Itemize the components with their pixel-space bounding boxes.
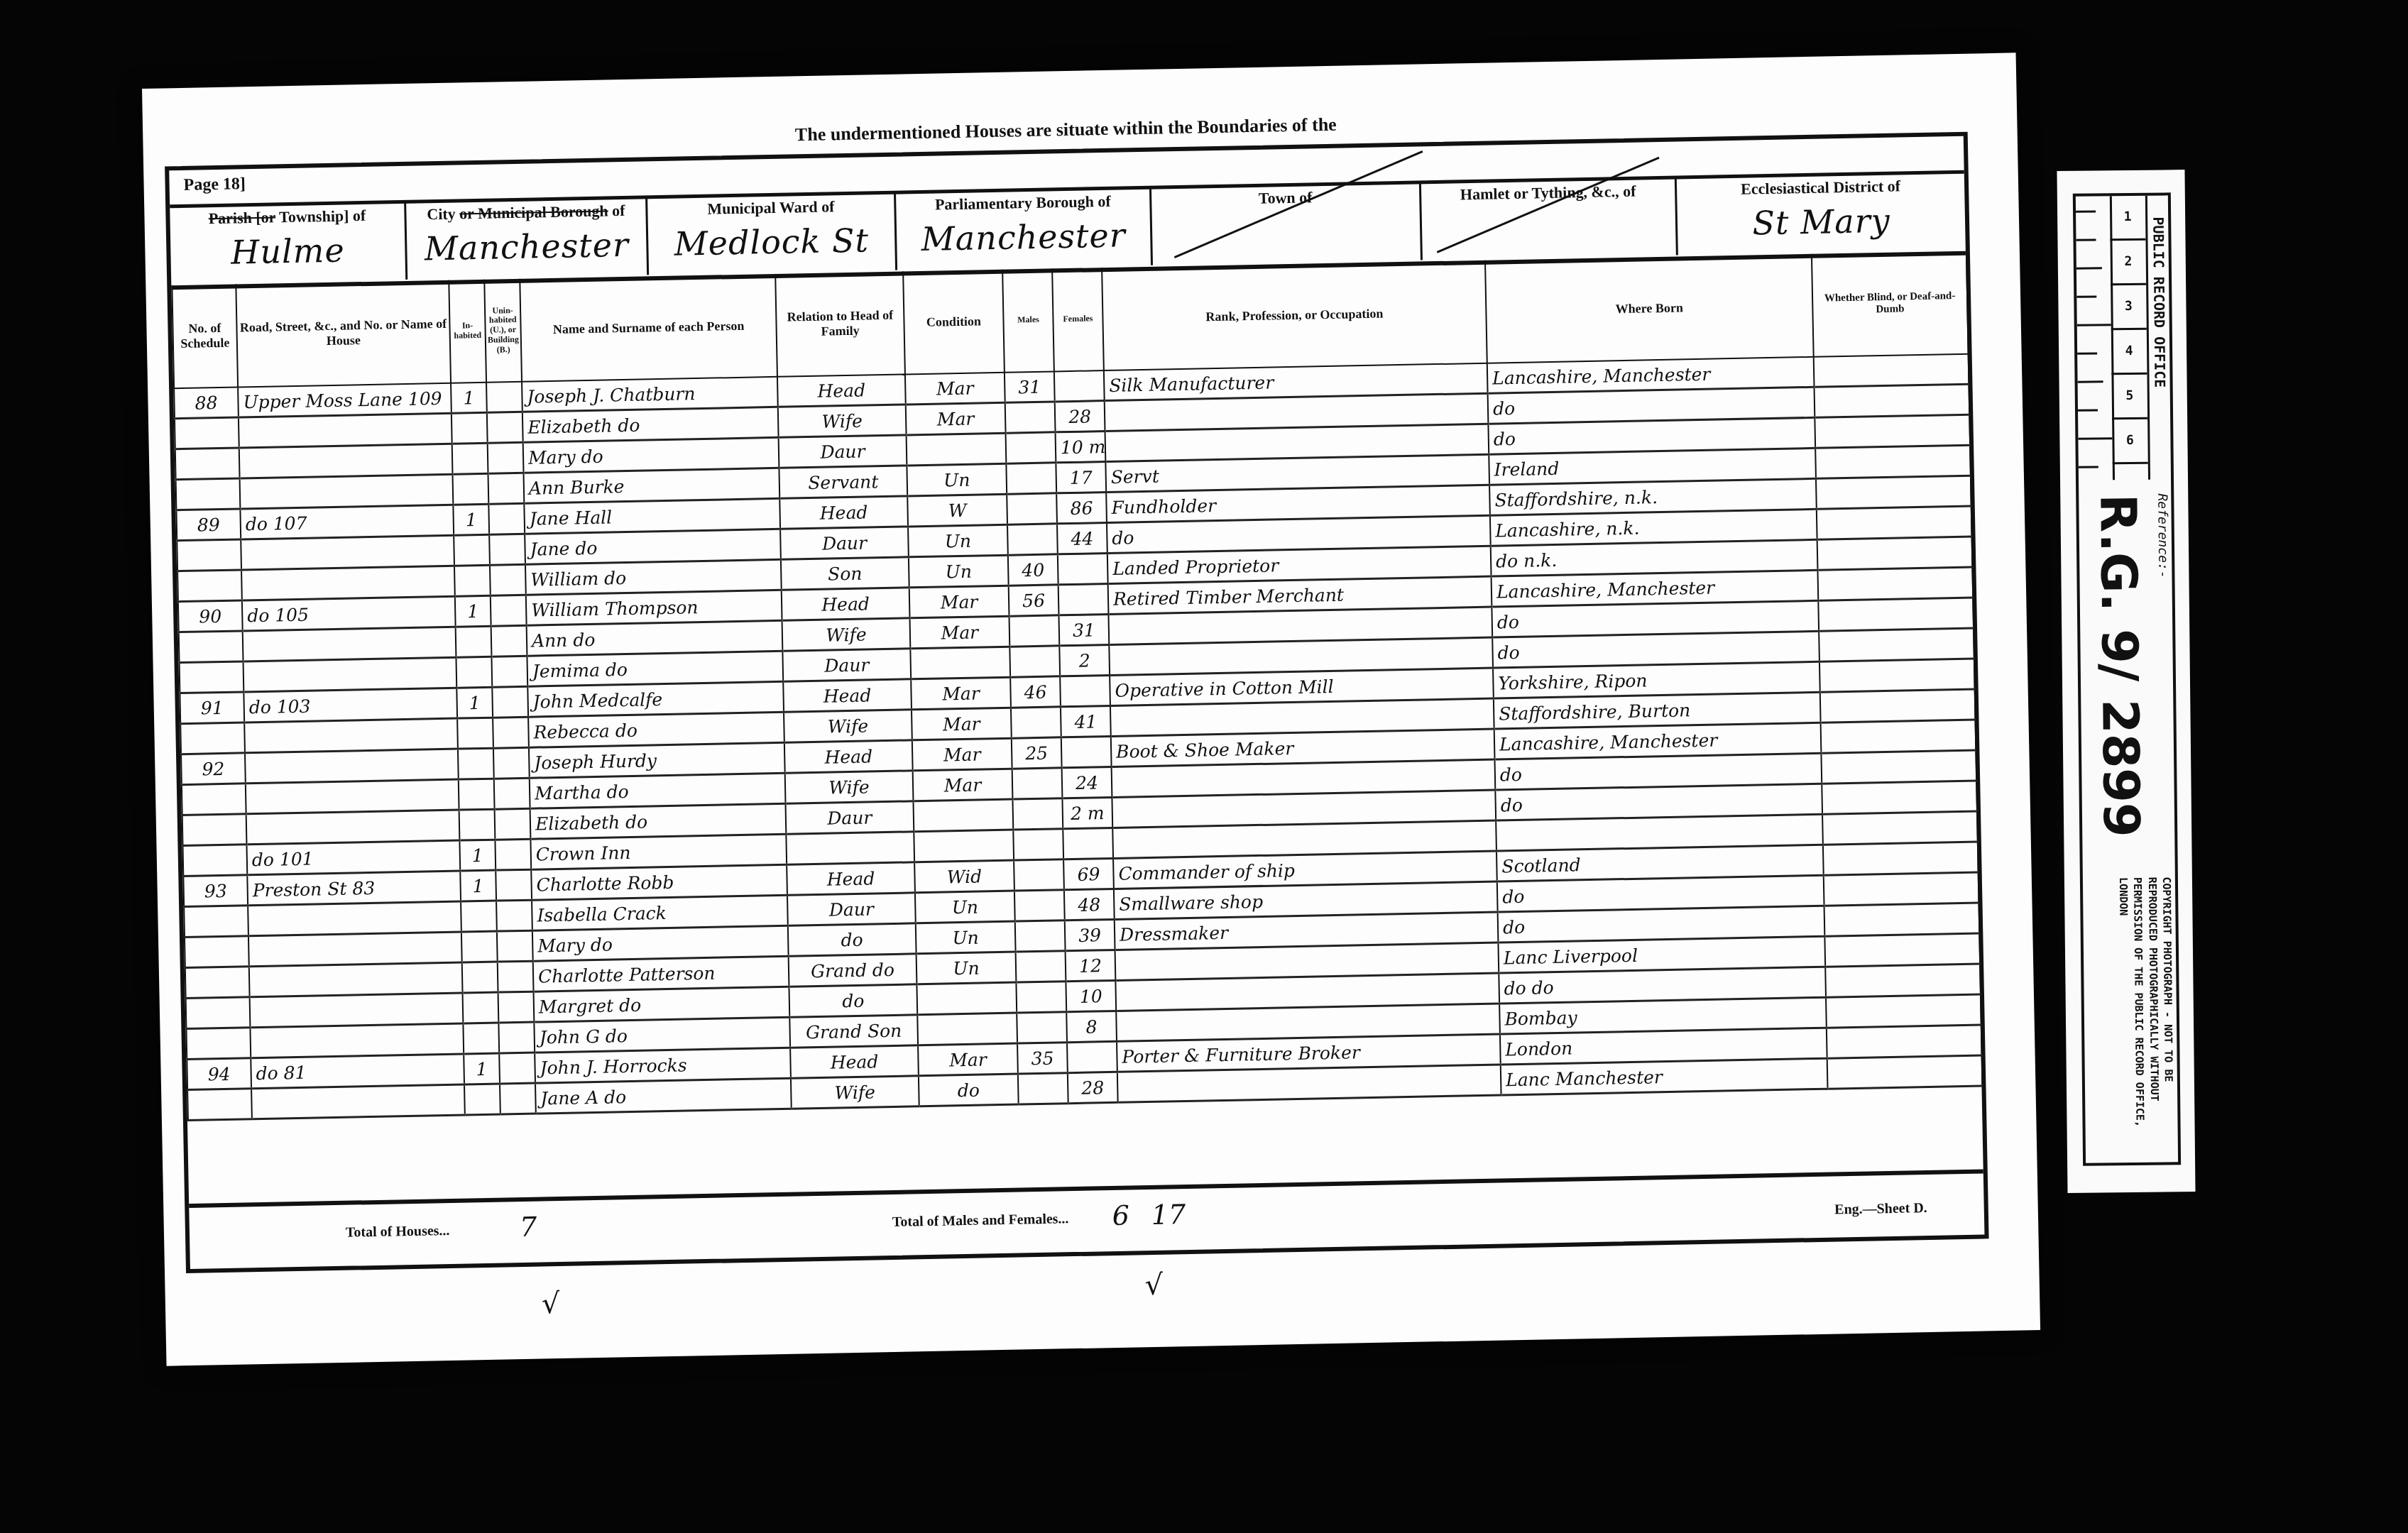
cell-name: Isabella Crack	[532, 895, 788, 930]
cell-condition: do	[919, 1074, 1019, 1106]
cell-female-age	[1061, 736, 1112, 767]
cell-condition	[913, 799, 1013, 832]
cell-uninhabited	[499, 1053, 535, 1084]
cell-schedule	[187, 1089, 252, 1121]
cell-road	[244, 718, 458, 753]
cell-road	[248, 932, 462, 967]
cell-female-age: 44	[1057, 523, 1107, 554]
cell-schedule	[186, 997, 251, 1029]
cell-name: Joseph J. Chatburn	[522, 377, 778, 412]
cell-condition: Un	[915, 891, 1015, 923]
cell-schedule	[175, 448, 240, 480]
cell-uninhabited	[494, 778, 530, 809]
cell-condition: Mar	[909, 586, 1009, 618]
cell-condition	[907, 433, 1007, 466]
cell-condition: Wid	[914, 860, 1014, 893]
cell-blind	[1824, 933, 1980, 967]
cell-condition: Mar	[906, 402, 1006, 435]
cell-road: Preston St 83	[247, 871, 461, 906]
cell-name: Rebecca do	[528, 712, 784, 747]
cell-road	[250, 1023, 464, 1058]
cell-uninhabited	[491, 595, 527, 626]
cell-schedule	[180, 722, 245, 754]
cell-female-age: 41	[1061, 705, 1111, 737]
cell-female-age: 28	[1068, 1072, 1118, 1103]
cell-relation: Head	[782, 588, 910, 620]
ward-field: Municipal Ward of Medlock St	[645, 192, 895, 275]
cell-male-age	[1012, 768, 1063, 799]
cell-male-age: 25	[1012, 737, 1062, 769]
cell-inhabited	[454, 534, 490, 566]
census-rows: 88Upper Moss Lane 1091Joseph J. Chatburn…	[174, 354, 1982, 1121]
totals-row: Total of Houses... 7 Total of Males and …	[189, 1169, 1984, 1269]
cell-inhabited	[464, 1084, 500, 1115]
cell-name: Mary do	[532, 925, 789, 961]
cell-relation: Servant	[779, 466, 907, 498]
cell-blind	[1824, 872, 1979, 906]
cell-inhabited	[457, 718, 493, 749]
cell-male-age	[1006, 432, 1056, 463]
cell-name: Ann do	[527, 620, 783, 656]
cell-name: William do	[525, 559, 782, 595]
cell-condition	[910, 647, 1010, 679]
cell-name: Margret do	[534, 987, 790, 1022]
parish-field: Parish [or Township] of Hulme	[170, 202, 405, 284]
cell-schedule	[180, 661, 244, 693]
cell-blind	[1816, 476, 1971, 509]
cell-road	[241, 535, 454, 570]
cell-relation: Head	[787, 862, 915, 895]
cell-inhabited: 1	[455, 595, 491, 627]
cell-name: Crown Inn	[530, 834, 787, 869]
cell-schedule	[182, 845, 247, 877]
cell-female-age: 31	[1058, 614, 1109, 645]
cell-uninhabited	[488, 442, 524, 473]
cell-schedule: 92	[181, 753, 246, 785]
cell-road	[245, 749, 459, 784]
cell-schedule	[184, 906, 248, 938]
cell-uninhabited	[498, 1022, 535, 1053]
cell-inhabited	[459, 809, 496, 840]
cell-female-age: 10	[1066, 980, 1116, 1011]
col-condition: Condition	[903, 270, 1005, 375]
cell-schedule	[177, 539, 241, 571]
cell-male-age	[1009, 646, 1060, 677]
cell-relation: Head	[777, 374, 906, 407]
cell-blind	[1815, 445, 1971, 478]
cell-inhabited	[458, 748, 494, 779]
cell-uninhabited	[500, 1083, 536, 1114]
cell-relation: Daur	[786, 801, 914, 834]
col-occupation: Rank, Profession, or Occupation	[1102, 260, 1487, 370]
cell-blind	[1827, 1025, 1982, 1058]
cell-name: John G do	[534, 1017, 790, 1053]
cell-uninhabited	[489, 534, 525, 565]
cell-blind	[1819, 628, 1974, 661]
cell-relation: do	[788, 923, 916, 956]
cell-female-age: 17	[1056, 462, 1106, 493]
cell-uninhabited	[498, 991, 535, 1023]
cell-relation: Grand do	[789, 954, 917, 987]
cell-born: Lanc Manchester	[1501, 1058, 1828, 1095]
cell-male-age	[1017, 1012, 1067, 1043]
col-uninhabited: Unin-habited (U.), or Building (B.)	[484, 279, 522, 383]
cell-blind	[1826, 994, 1981, 1028]
cell-blind	[1820, 689, 1976, 722]
cell-inhabited	[461, 901, 497, 932]
cell-road	[249, 962, 463, 997]
cell-relation: Wife	[782, 618, 911, 651]
census-page: The undermentioned Houses are situate wi…	[142, 53, 2040, 1366]
cell-female-age: 48	[1064, 889, 1115, 920]
cell-relation: Wife	[778, 405, 907, 437]
cell-road	[246, 779, 459, 814]
cell-schedule: 93	[183, 875, 248, 907]
parliamentary-borough-value: Manchester	[897, 216, 1151, 259]
cell-male-age	[1007, 493, 1057, 524]
cell-blind	[1827, 1055, 1983, 1089]
cell-inhabited: 1	[451, 383, 487, 413]
cell-name: Ann Burke	[523, 468, 779, 503]
cell-blind	[1815, 414, 1970, 448]
cell-inhabited	[451, 412, 488, 444]
cell-inhabited	[456, 626, 492, 657]
col-road: Road, Street, &c., and No. or Name of Ho…	[236, 280, 451, 388]
cell-road	[250, 993, 464, 1028]
cell-condition: Un	[908, 524, 1008, 557]
cell-uninhabited	[498, 961, 534, 992]
cell-uninhabited	[486, 382, 522, 412]
cell-condition: Mar	[912, 738, 1012, 771]
cell-blind	[1824, 903, 1980, 936]
cell-blind	[1821, 750, 1976, 784]
cell-male-age	[1012, 798, 1063, 830]
cell-inhabited	[454, 565, 491, 596]
cell-relation: Daur	[787, 893, 916, 925]
cell-uninhabited	[493, 747, 530, 779]
cell-name: Jane A do	[535, 1078, 792, 1114]
cell-inhabited	[463, 992, 499, 1023]
cell-road	[239, 444, 453, 478]
cell-inhabited	[461, 931, 498, 962]
cell-relation: Daur	[779, 435, 907, 468]
cell-road: do 101	[246, 840, 460, 875]
cell-schedule: 94	[187, 1058, 251, 1090]
hamlet-field: Hamlet or Tything, &c., of	[1419, 177, 1676, 260]
cell-female-age: 12	[1066, 950, 1116, 981]
cell-road	[243, 657, 457, 692]
cell-female-age	[1054, 370, 1105, 402]
cell-inhabited	[452, 443, 488, 474]
cell-blind	[1821, 720, 1976, 753]
reference-label: Reference:-	[2155, 493, 2170, 578]
cell-condition: Mar	[910, 616, 1010, 649]
copyright-notice: COPYRIGHT PHOTOGRAPH - NOT TO BE REPRODU…	[2116, 877, 2177, 1147]
cell-schedule	[186, 1028, 251, 1060]
cell-schedule	[182, 784, 246, 815]
cell-relation: Head	[783, 679, 912, 712]
cell-blind	[1819, 659, 1975, 692]
total-females-value: 17	[1151, 1199, 1186, 1231]
scale-ruler	[2076, 196, 2115, 480]
cell-uninhabited	[490, 564, 526, 595]
cell-blind	[1823, 842, 1979, 875]
cell-name: Jane Hall	[524, 498, 780, 534]
cell-uninhabited	[497, 930, 533, 962]
cell-name: Elizabeth do	[522, 407, 779, 442]
total-houses-value: 7	[519, 1211, 537, 1243]
cell-uninhabited	[491, 656, 527, 687]
cell-female-age	[1058, 584, 1109, 615]
cell-female-age	[1058, 554, 1108, 585]
cell-male-age	[1014, 859, 1064, 891]
col-age-males: Males	[1002, 268, 1054, 372]
col-schedule: No. of Schedule	[172, 285, 238, 389]
cell-schedule	[177, 570, 242, 602]
cell-name: Elizabeth do	[530, 803, 787, 839]
cell-inhabited: 1	[460, 870, 496, 901]
cell-name: Jane do	[525, 529, 781, 564]
ecclesiastical-district-field: Ecclesiastical District of St Mary	[1675, 172, 1966, 255]
ward-value: Medlock St	[648, 221, 895, 264]
col-blind: Whether Blind, or Deaf-and-Dumb	[1812, 251, 1969, 357]
col-relation: Relation to Head of Family	[775, 271, 905, 376]
cell-condition: W	[907, 494, 1007, 527]
cell-relation: Wife	[785, 771, 914, 803]
cell-uninhabited	[496, 869, 532, 901]
sheet-label: Eng.—Sheet D.	[1834, 1200, 1927, 1219]
cell-uninhabited	[488, 503, 525, 534]
check-mark: √	[1144, 1269, 1163, 1302]
cell-schedule: 91	[180, 692, 244, 724]
col-born: Where Born	[1485, 254, 1814, 363]
cell-condition: Mar	[918, 1043, 1018, 1076]
cell-name: William Thompson	[526, 590, 782, 625]
cell-blind	[1817, 506, 1972, 539]
cell-blind	[1817, 567, 1973, 600]
cell-name: Charlotte Patterson	[533, 956, 789, 991]
cell-condition	[917, 1013, 1017, 1045]
cell-male-age	[1005, 402, 1056, 433]
reference-strip-frame: 12 34 56 PUBLIC RECORD OFFICE Reference:…	[2073, 192, 2181, 1165]
cell-inhabited	[462, 962, 498, 993]
cell-condition: Mar	[905, 373, 1005, 405]
cell-blind	[1814, 354, 1969, 388]
cell-uninhabited	[487, 412, 523, 443]
cell-road	[240, 474, 454, 509]
cell-blind	[1822, 811, 1978, 845]
cell-name: Charlotte Robb	[531, 864, 787, 900]
cell-name: Martha do	[530, 773, 786, 808]
col-inhabited: In-habited	[449, 280, 486, 383]
cell-relation: Son	[781, 557, 909, 590]
cell-inhabited: 1	[459, 840, 496, 871]
cell-inhabited	[463, 1023, 499, 1054]
cell-road: do 103	[243, 688, 457, 722]
cell-relation: Head	[784, 740, 913, 773]
cell-condition: Un	[916, 952, 1017, 984]
cell-uninhabited	[491, 625, 527, 656]
cell-road: Upper Moss Lane 109	[238, 383, 451, 417]
ecclesiastical-district-value: St Mary	[1678, 200, 1966, 244]
cell-male-age	[1009, 615, 1059, 647]
census-table: No. of Schedule Road, Street, &c., and N…	[171, 251, 1983, 1121]
cell-inhabited	[453, 473, 489, 505]
cell-blind	[1822, 781, 1977, 814]
city-value: Manchester	[407, 225, 647, 268]
cell-occupation	[1117, 1065, 1501, 1102]
cell-relation: Head	[779, 496, 908, 529]
cell-name: John Medcalfe	[527, 681, 784, 717]
cell-relation: Daur	[780, 527, 909, 559]
cell-male-age	[1016, 951, 1066, 982]
cell-female-age: 10 m	[1056, 432, 1106, 463]
cell-condition	[916, 982, 1017, 1015]
cell-female-age	[1063, 828, 1113, 859]
cell-inhabited: 1	[453, 504, 489, 535]
cell-male-age: 31	[1005, 371, 1055, 402]
cell-relation: Wife	[791, 1076, 919, 1109]
cell-road: do 107	[240, 505, 454, 539]
cell-relation	[786, 832, 914, 864]
cell-schedule: 89	[176, 509, 241, 541]
cell-road	[251, 1084, 465, 1119]
cell-female-age: 69	[1063, 858, 1114, 889]
cell-male-age: 40	[1008, 554, 1058, 586]
cell-male-age: 35	[1017, 1043, 1068, 1074]
census-form: The undermentioned Houses are situate wi…	[165, 132, 1988, 1273]
cell-condition: Un	[916, 921, 1016, 954]
cell-road: do 105	[242, 596, 456, 631]
cell-schedule	[179, 631, 243, 663]
cell-condition: Un	[907, 463, 1007, 496]
cell-male-age: 46	[1010, 676, 1061, 708]
cell-male-age	[1013, 829, 1063, 860]
cell-schedule	[182, 814, 247, 846]
cell-blind	[1818, 598, 1974, 631]
cell-uninhabited	[492, 686, 528, 718]
cell-uninhabited	[496, 900, 532, 931]
total-persons-label: Total of Males and Females...	[892, 1211, 1069, 1231]
cell-relation: do	[789, 984, 917, 1017]
cell-inhabited	[459, 779, 495, 810]
cell-uninhabited	[495, 808, 531, 840]
cell-schedule: 88	[174, 387, 239, 418]
parish-value: Hulme	[170, 230, 405, 273]
cell-name: John J. Horrocks	[535, 1048, 791, 1083]
cell-male-age	[1006, 463, 1056, 494]
cell-inhabited: 1	[456, 687, 493, 718]
cell-uninhabited	[493, 717, 529, 748]
parliamentary-borough-field: Parliamentary Borough of Manchester	[894, 187, 1151, 270]
cell-inhabited	[456, 656, 492, 688]
cell-blind	[1817, 537, 1973, 570]
cell-schedule	[185, 936, 249, 968]
cell-female-age	[1060, 675, 1110, 706]
cell-name: Joseph Hurdy	[529, 742, 785, 778]
town-field: Town of	[1149, 182, 1421, 265]
cell-female-age: 24	[1062, 766, 1112, 798]
cell-female-age: 28	[1055, 401, 1105, 432]
cell-male-age	[1016, 982, 1066, 1013]
scale-cells: 12 34 56	[2110, 196, 2150, 480]
cell-inhabited: 1	[464, 1053, 500, 1084]
col-age-females: Females	[1052, 268, 1104, 371]
cell-condition: Mar	[913, 769, 1013, 801]
cell-female-age: 39	[1065, 919, 1115, 950]
cell-condition	[914, 830, 1014, 862]
struck-line	[1437, 157, 1660, 253]
cell-road	[248, 901, 461, 936]
cell-uninhabited	[495, 839, 531, 870]
cell-female-age: 2	[1059, 644, 1110, 676]
cell-name: Mary do	[523, 437, 779, 473]
reference-number: R.G. 9/ 2899	[2089, 494, 2150, 838]
cell-male-age	[1011, 707, 1061, 738]
cell-road	[241, 566, 455, 600]
cell-road	[246, 810, 460, 845]
cell-blind	[1815, 384, 1970, 417]
cell-road	[239, 413, 452, 448]
cell-female-age	[1067, 1041, 1117, 1072]
col-name: Name and Surname of each Person	[520, 274, 777, 382]
cell-male-age: 56	[1009, 585, 1059, 616]
cell-relation: Head	[790, 1045, 919, 1078]
cell-male-age	[1007, 524, 1058, 555]
cell-schedule	[176, 478, 241, 510]
cell-blind	[1825, 964, 1981, 997]
cell-condition: Un	[909, 555, 1009, 588]
total-houses-label: Total of Houses...	[346, 1223, 450, 1241]
check-mark: √	[542, 1287, 560, 1320]
cell-uninhabited	[488, 473, 524, 504]
cell-road: do 81	[251, 1054, 464, 1089]
city-field: City or Municipal Borough of Manchester	[404, 197, 647, 280]
cell-schedule	[185, 967, 250, 999]
reference-strip: 12 34 56 PUBLIC RECORD OFFICE Reference:…	[2057, 170, 2195, 1193]
cell-name: Jemima do	[527, 651, 783, 686]
cell-schedule: 90	[178, 600, 243, 632]
cell-condition: Mar	[912, 708, 1012, 740]
cell-condition: Mar	[911, 677, 1011, 710]
total-males-value: 6	[1112, 1200, 1129, 1231]
cell-relation: Grand Son	[789, 1015, 918, 1048]
cell-relation: Wife	[784, 710, 912, 742]
cell-male-age	[1018, 1073, 1068, 1104]
cell-relation: Daur	[782, 649, 911, 681]
cell-road	[243, 627, 456, 661]
cell-female-age: 2 m	[1062, 797, 1112, 828]
cell-schedule	[175, 417, 239, 449]
cell-female-age: 8	[1066, 1011, 1117, 1042]
cell-male-age	[1015, 921, 1066, 952]
cell-male-age	[1014, 890, 1065, 921]
cell-female-age: 86	[1056, 493, 1107, 524]
office-label: PUBLIC RECORD OFFICE	[2150, 216, 2169, 388]
